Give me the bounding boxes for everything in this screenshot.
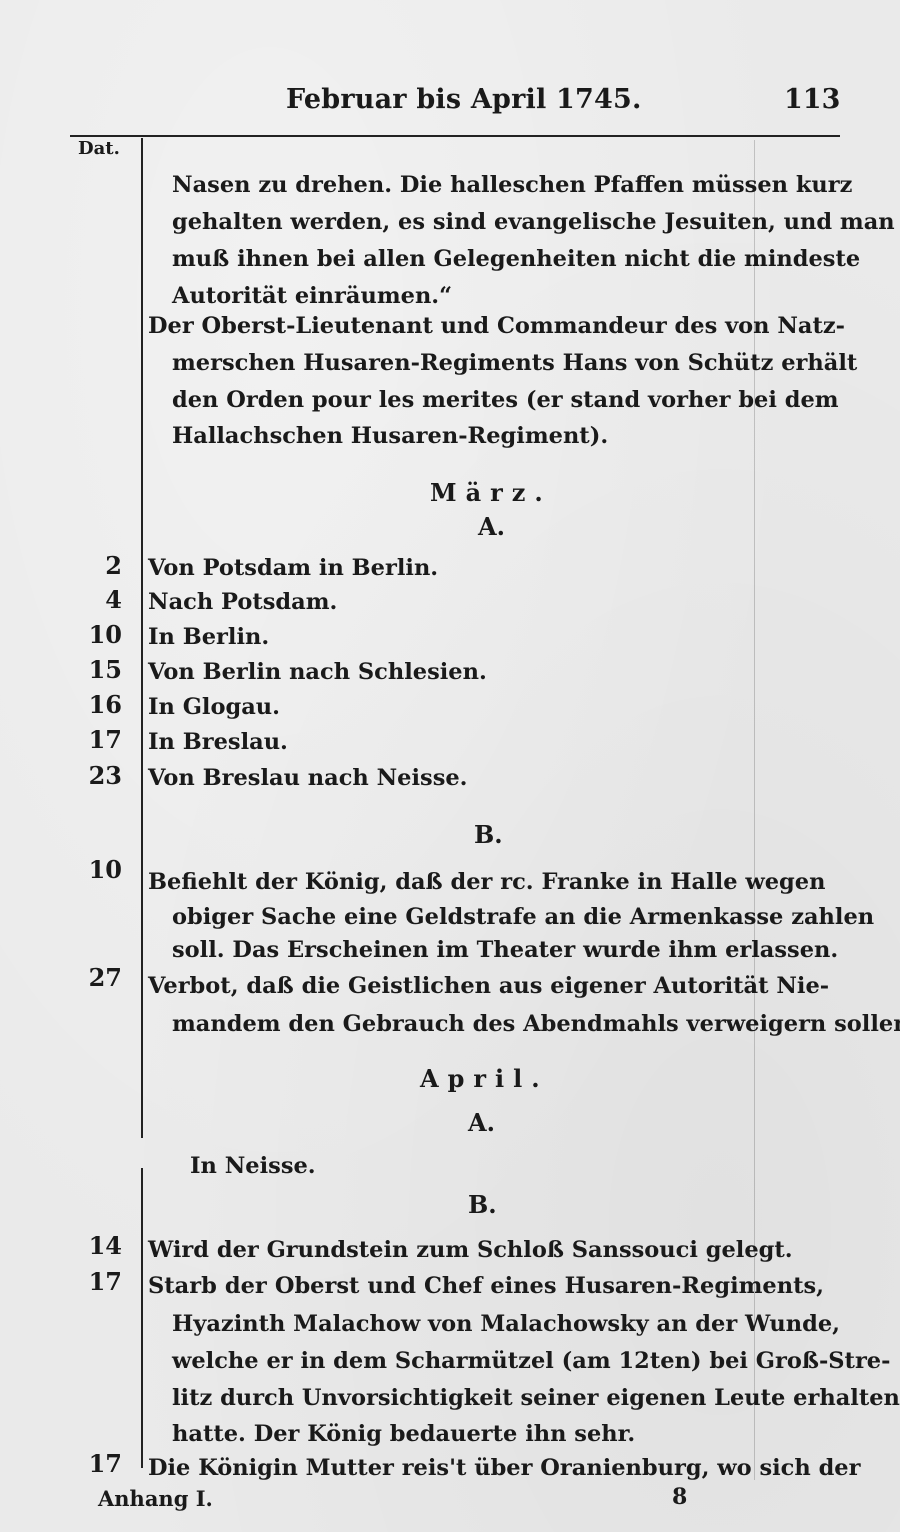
entry-date: 17: [70, 722, 122, 758]
entry-text: Befiehlt der König, daß der rc. Franke i…: [148, 864, 824, 900]
text-line: gehalten werden, es sind evangelische Je…: [172, 204, 824, 240]
entry-text: In Neisse.: [190, 1148, 590, 1184]
entry-text: In Glogau.: [148, 689, 824, 725]
entry-text: In Breslau.: [148, 724, 824, 760]
text-line: den Orden pour les merites (er stand vor…: [172, 382, 824, 418]
date-column-label: Dat.: [78, 138, 120, 159]
entry-text: Nach Potsdam.: [148, 584, 824, 620]
entry-date: 10: [70, 852, 122, 888]
entry-text: litz durch Unvorsichtigkeit seiner eigen…: [172, 1380, 824, 1416]
month-heading-april: April.: [420, 1064, 549, 1093]
entry-text: Die Königin Mutter reis't über Oranienbu…: [148, 1450, 824, 1486]
entry-date: 23: [70, 758, 122, 794]
entry-date: 27: [70, 960, 122, 996]
entry-date: 17: [70, 1264, 122, 1300]
running-head: Februar bis April 1745. 113: [0, 84, 900, 124]
entry-text: welche er in dem Scharmützel (am 12ten) …: [172, 1343, 824, 1379]
entry-text: Hyazinth Malachow von Malachowsky an der…: [172, 1306, 824, 1342]
entry-text: hatte. Der König bedauerte ihn sehr.: [172, 1416, 824, 1452]
entry-date: 14: [70, 1228, 122, 1264]
entry-text: Starb der Oberst und Chef eines Husaren-…: [148, 1268, 824, 1304]
entry-date: 2: [70, 548, 122, 584]
header-rule: [70, 135, 840, 137]
section-b-label: B.: [474, 820, 503, 849]
section-a-label: A.: [478, 512, 505, 541]
date-column-rule: [141, 138, 143, 1138]
text-line: Der Oberst-Lieutenant und Commandeur des…: [148, 308, 824, 344]
sheet-mark: 8: [672, 1484, 687, 1510]
entry-text: soll. Das Erscheinen im Theater wurde ih…: [172, 932, 824, 968]
book-page: Februar bis April 1745. 113 Dat. Nasen z…: [0, 0, 900, 1532]
entry-date: 17: [70, 1446, 122, 1482]
signature-mark: Anhang I.: [98, 1486, 213, 1511]
page-number: 113: [784, 84, 840, 115]
section-b-label: B.: [468, 1190, 497, 1219]
entry-date: 4: [70, 582, 122, 618]
text-line: muß ihnen bei allen Gelegenheiten nicht …: [172, 241, 824, 277]
date-column-rule: [141, 1168, 143, 1468]
entry-text: Von Potsdam in Berlin.: [148, 550, 824, 586]
entry-text: obiger Sache eine Geldstrafe an die Arme…: [172, 899, 824, 935]
text-line: Hallachschen Husaren-Regiment).: [172, 418, 824, 454]
entry-date: 10: [70, 617, 122, 653]
entry-date: 16: [70, 687, 122, 723]
text-line: merschen Husaren-Regiments Hans von Schü…: [172, 345, 824, 381]
running-title: Februar bis April 1745.: [286, 84, 642, 115]
entry-text: Wird der Grundstein zum Schloß Sanssouci…: [148, 1232, 824, 1268]
entry-text: Verbot, daß die Geistlichen aus eigener …: [148, 968, 824, 1004]
text-line: Nasen zu drehen. Die halleschen Pfaffen …: [172, 167, 824, 203]
entry-date: 15: [70, 652, 122, 688]
entry-text: Von Berlin nach Schlesien.: [148, 654, 824, 690]
entry-text: Von Breslau nach Neisse.: [148, 760, 824, 796]
entry-text: In Berlin.: [148, 619, 824, 655]
section-a-label: A.: [468, 1108, 495, 1137]
month-heading-maerz: März.: [430, 478, 552, 507]
entry-text: mandem den Gebrauch des Abendmahls verwe…: [172, 1006, 824, 1042]
